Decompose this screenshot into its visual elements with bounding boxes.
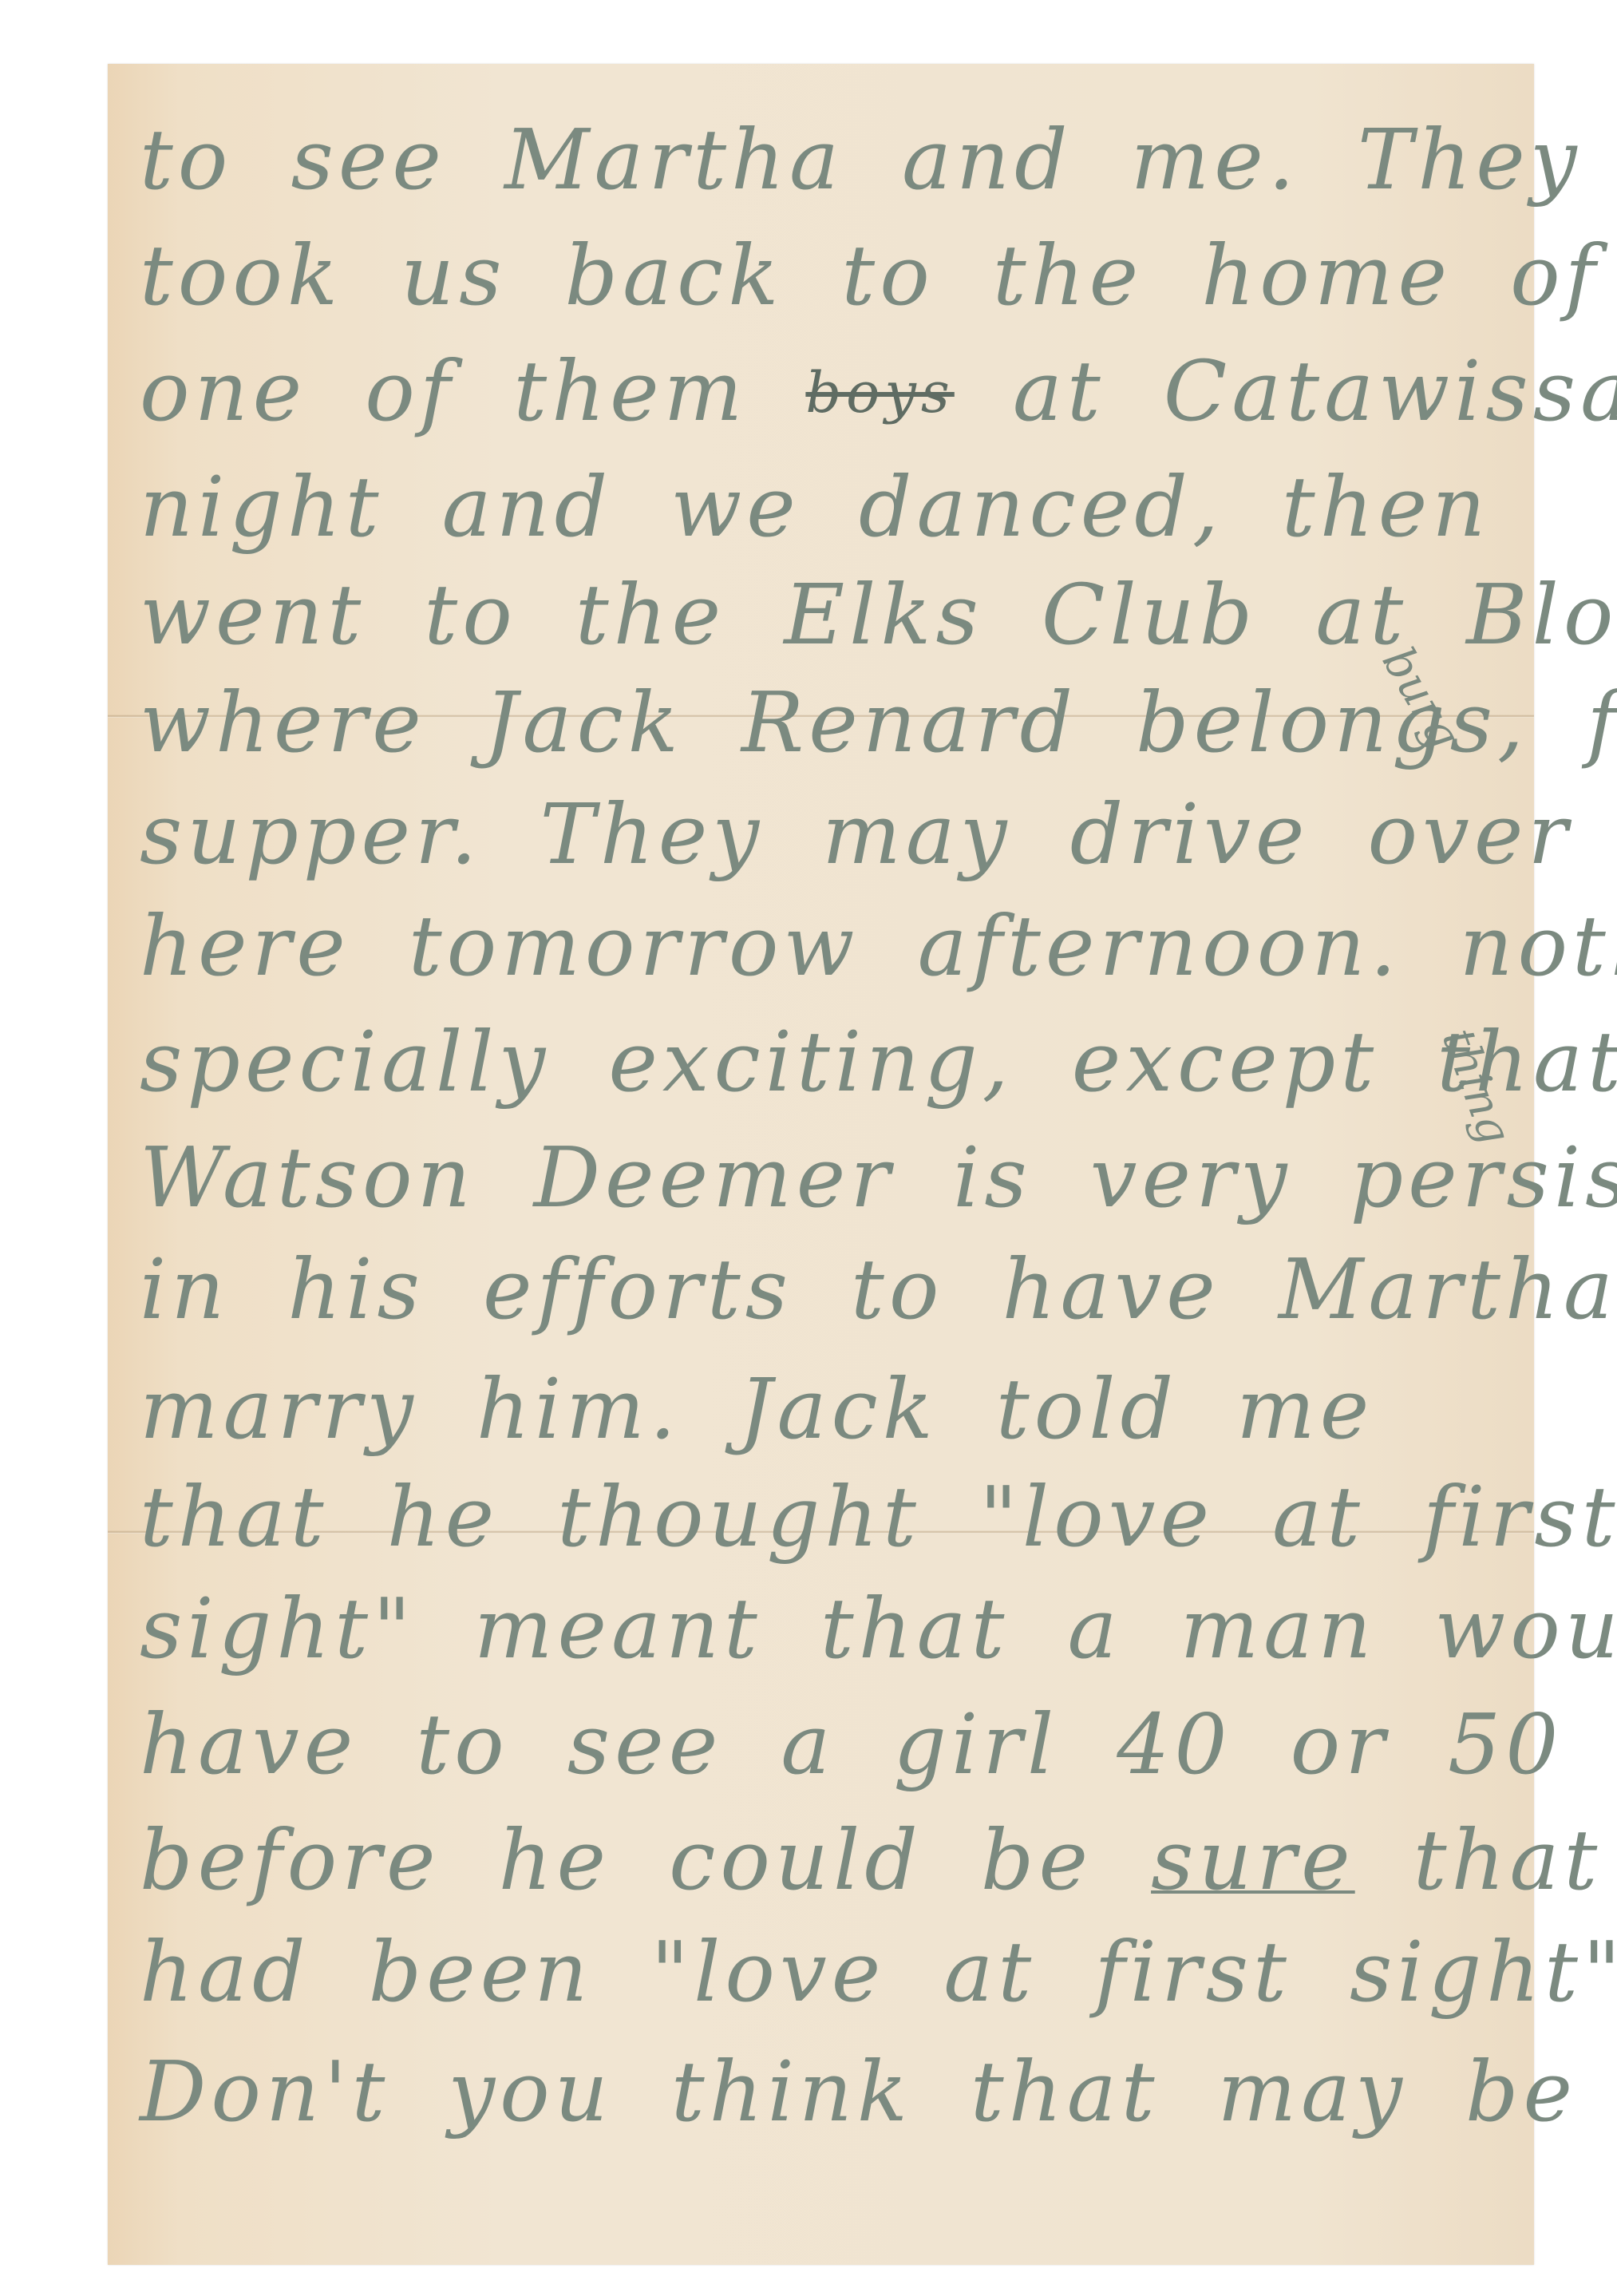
letter-line-1: to see Martha and me. They (140, 112, 1512, 208)
letter-line-4: night and we danced, then (140, 459, 1512, 555)
line-16-start: before he could be (140, 1811, 1093, 1909)
letter-page: to see Martha and me. They took us back … (108, 64, 1534, 2265)
letter-line-8: here tomorrow afternoon. nothing (140, 898, 1512, 994)
line-3-end: at Catawissa last (1013, 342, 1617, 440)
letter-line-15: have to see a girl 40 or 50 times (140, 1696, 1512, 1792)
letter-line-18: Don't you think that may be true? (140, 2044, 1512, 2140)
line-3-start: one of them (140, 342, 747, 440)
letter-line-5: went to the Elks Club at Blooms (140, 567, 1512, 663)
letter-line-11: in his efforts to have Martha (140, 1241, 1512, 1337)
struck-out-word: boys (805, 360, 954, 426)
letter-line-3: one of them boys at Catawissa last (140, 343, 1512, 441)
letter-line-17: had been "love at first sight"! (140, 1924, 1512, 2020)
letter-line-16: before he could be sure that it (140, 1812, 1512, 1908)
letter-line-9: specially exciting, except that (140, 1014, 1512, 1110)
underlined-word: sure (1151, 1811, 1355, 1909)
letter-line-13: that he thought "love at first (140, 1469, 1512, 1565)
letter-line-6: where Jack Renard belongs, for (140, 675, 1512, 770)
letter-line-7: supper. They may drive over (140, 786, 1512, 882)
letter-line-14: sight" meant that a man would (140, 1581, 1512, 1676)
letter-line-12: marry him. Jack told me (140, 1361, 1512, 1457)
line-16-end: that it (1413, 1811, 1617, 1909)
letter-line-2: took us back to the home of (140, 228, 1512, 323)
letter-line-10: Watson Deemer is very persistant (140, 1130, 1512, 1225)
